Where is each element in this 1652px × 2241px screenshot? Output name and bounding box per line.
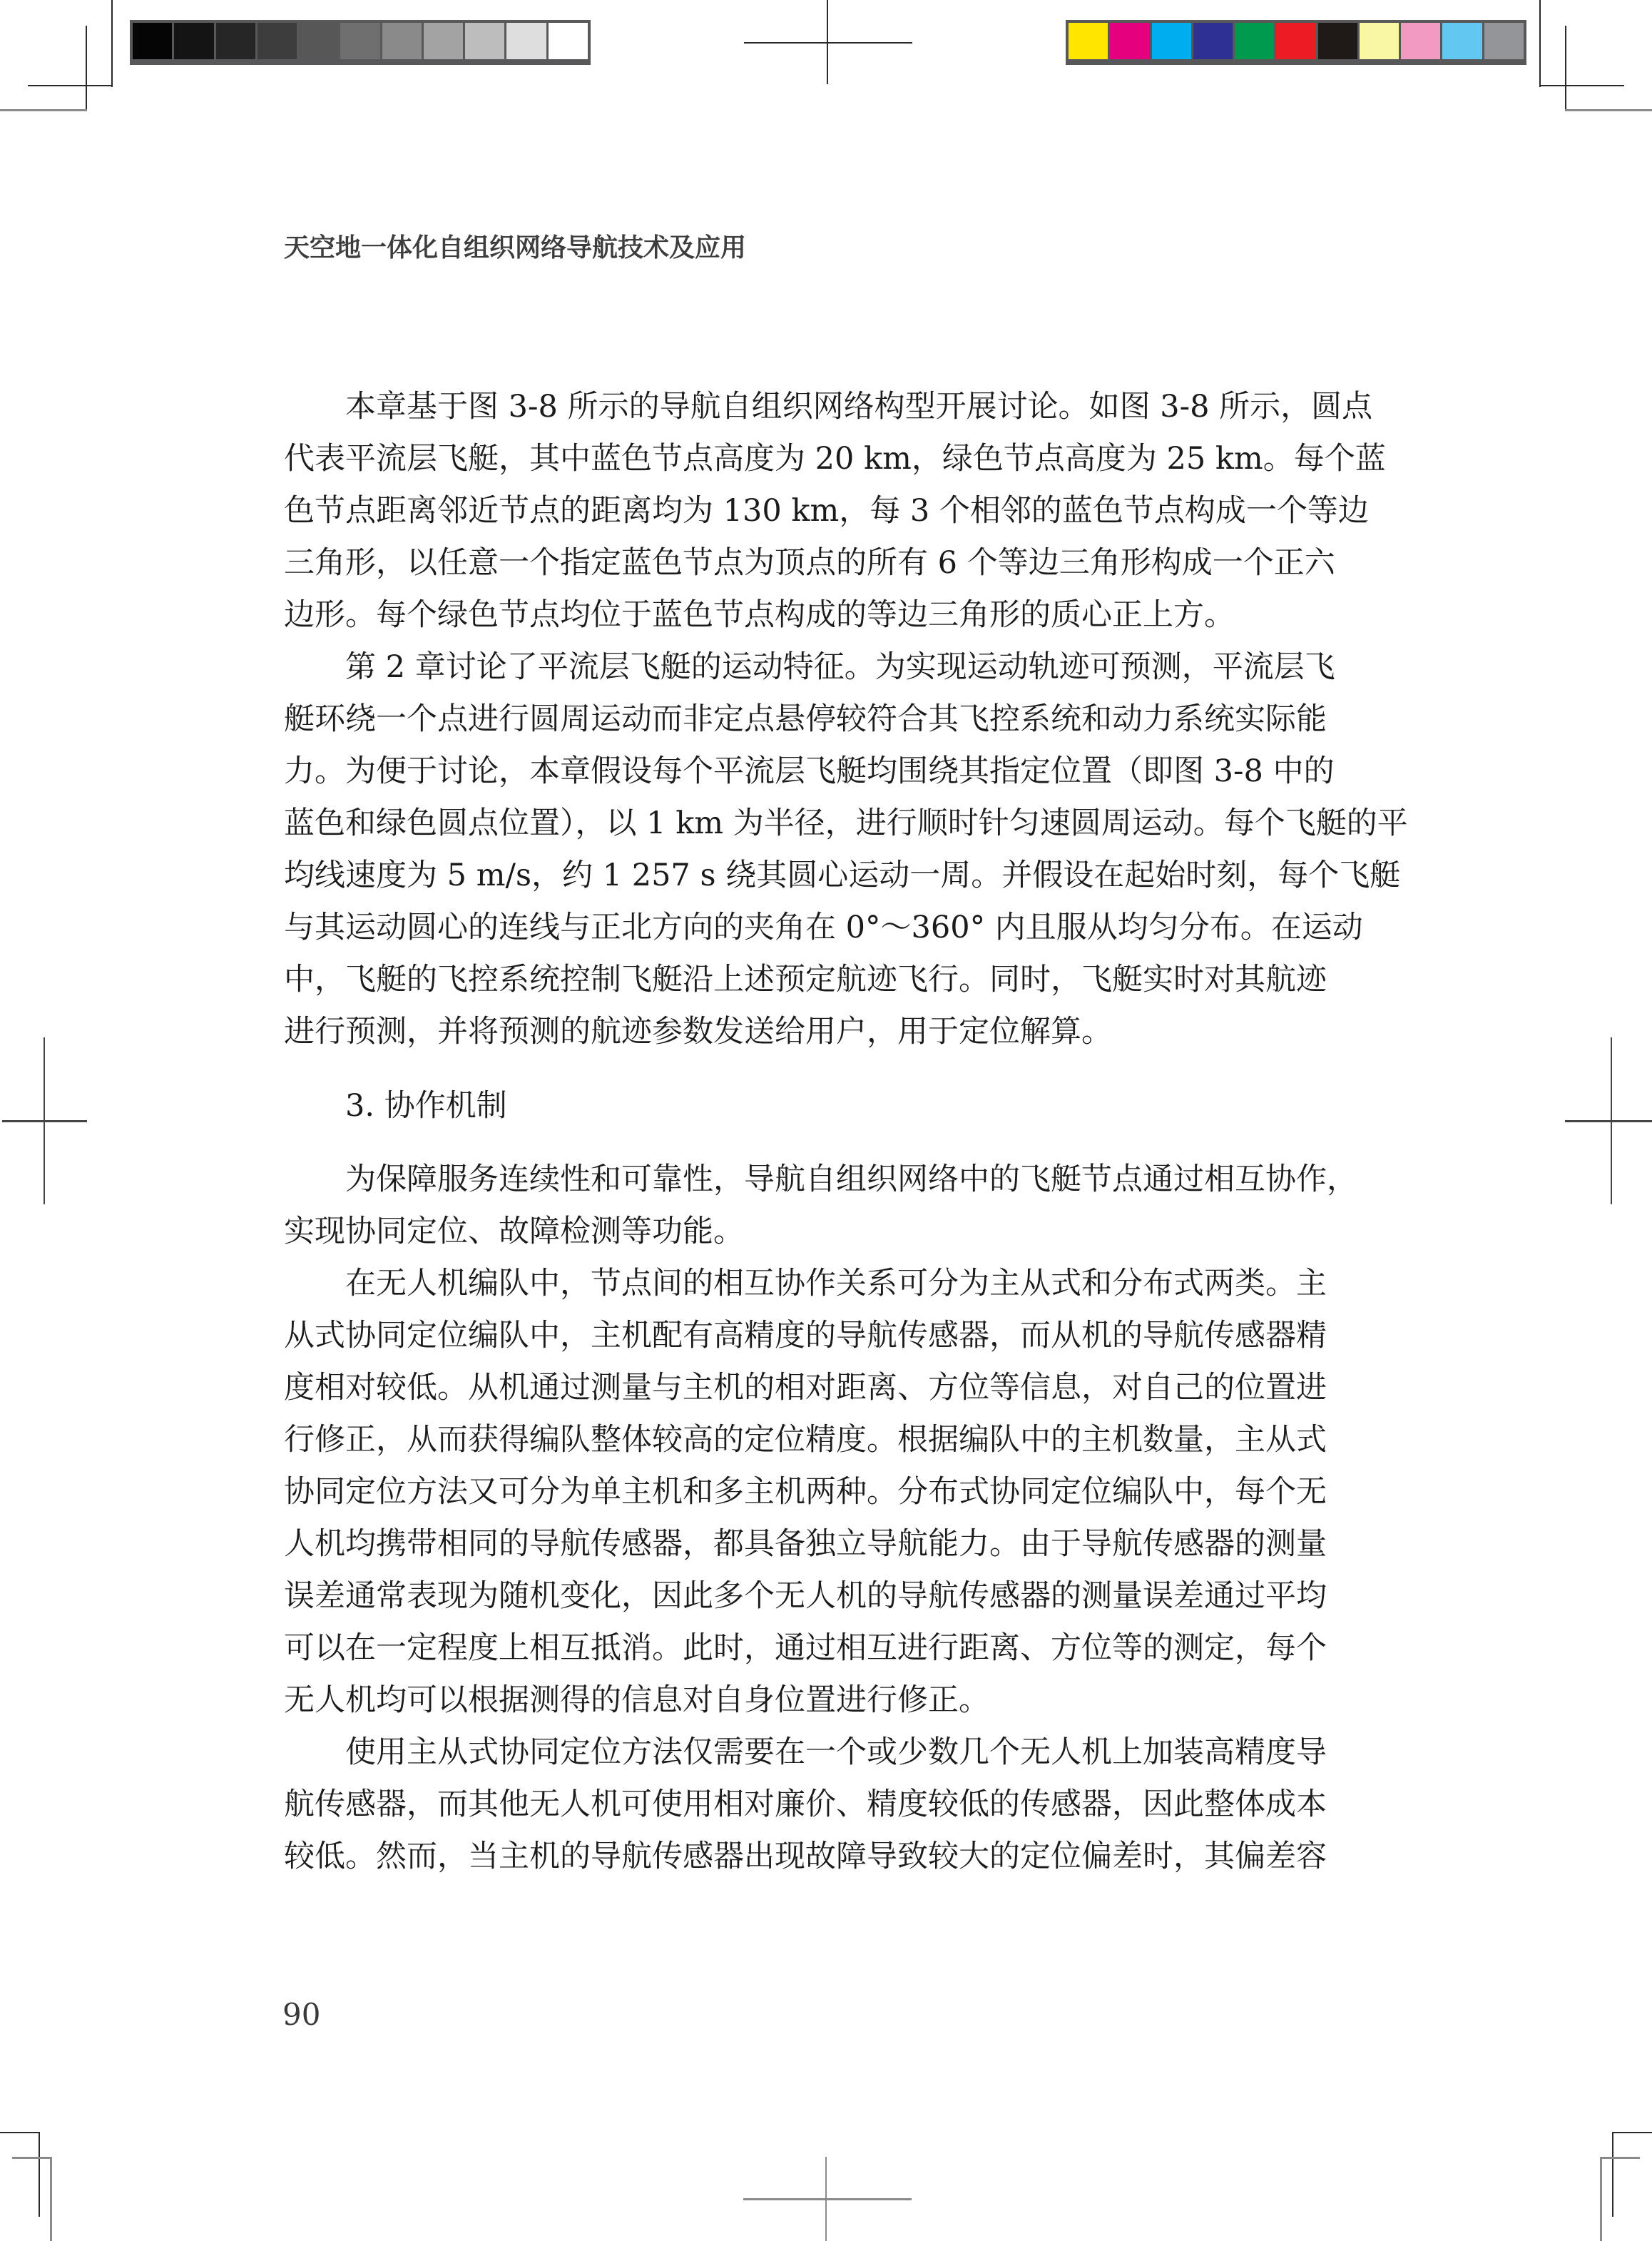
- text-line: 代表平流层飞艇，其中蓝色节点高度为 20 km，绿色节点高度为 25 km。每个…: [284, 433, 1361, 485]
- text-line: 力。为便于讨论，本章假设每个平流层飞艇均围绕其指定位置（即图 3-8 中的: [284, 746, 1361, 798]
- crop-mark-top-left-vertical: [111, 0, 113, 87]
- text-line: 边形。每个绿色节点均位于蓝色节点构成的等边三角形的质心正上方。: [284, 589, 1361, 641]
- text-line: 进行预测，并将预测的航迹参数发送给用户，用于定位解算。: [284, 1006, 1361, 1058]
- color-swatch: [1360, 23, 1399, 59]
- text-line: 使用主从式协同定位方法仅需要在一个或少数几个无人机上加装高精度导: [284, 1727, 1361, 1779]
- grayscale-swatch: [340, 23, 379, 59]
- paragraph: 使用主从式协同定位方法仅需要在一个或少数几个无人机上加装高精度导 航传感器，而其…: [284, 1727, 1361, 1883]
- text-line: 色节点距离邻近节点的距离均为 130 km，每 3 个相邻的蓝色节点构成一个等边: [284, 485, 1361, 537]
- grayscale-swatch: [506, 23, 546, 59]
- text-line: 较低。然而，当主机的导航传感器出现故障导致较大的定位偏差时，其偏差容: [284, 1831, 1361, 1883]
- text-line: 误差通常表现为随机变化，因此多个无人机的导航传感器的测量误差通过平均: [284, 1570, 1361, 1622]
- color-swatch: [1069, 23, 1108, 59]
- text-line: 度相对较低。从机通过测量与主机的相对距离、方位等信息，对自己的位置进: [284, 1362, 1361, 1414]
- crop-mark-top-left-horizontal: [28, 85, 113, 86]
- grayscale-swatch: [465, 23, 504, 59]
- registration-cross-bottom-center-horizontal: [743, 2198, 912, 2200]
- text-line: 均线速度为 5 m/s，约 1 257 s 绕其圆心运动一周。并假设在起始时刻，…: [284, 850, 1361, 902]
- crop-mark-top-right-vertical: [1539, 0, 1541, 87]
- registration-cross-left-middle-horizontal: [2, 1120, 87, 1122]
- text-line: 蓝色和绿色圆点位置），以 1 km 为半径，进行顺时针匀速圆周运动。每个飞艇的平: [284, 798, 1361, 850]
- text-line: 从式协同定位编队中，主机配有高精度的导航传感器，而从机的导航传感器精: [284, 1310, 1361, 1362]
- text-line: 艇环绕一个点进行圆周运动而非定点悬停较符合其飞控系统和动力系统实际能: [284, 693, 1361, 746]
- text-line: 本章基于图 3-8 所示的导航自组织网络构型开展讨论。如图 3-8 所示，圆点: [284, 381, 1361, 433]
- text-line: 在无人机编队中，节点间的相互协作关系可分为主从式和分布式两类。主: [284, 1258, 1361, 1310]
- color-swatch: [1401, 23, 1440, 59]
- grayscale-calibration-bar: [130, 20, 591, 65]
- color-swatch: [1110, 23, 1149, 59]
- grayscale-swatch: [424, 23, 463, 59]
- crop-mark-bottom-left-vertical-gray: [50, 2157, 52, 2241]
- color-swatch: [1318, 23, 1357, 59]
- color-swatch: [1235, 23, 1274, 59]
- color-calibration-bar: [1066, 20, 1526, 65]
- grayscale-swatch: [258, 23, 297, 59]
- text-line: 第 2 章讨论了平流层飞艇的运动特征。为实现运动轨迹可预测，平流层飞: [284, 641, 1361, 693]
- grayscale-swatch: [382, 23, 422, 59]
- crop-mark-bottom-right-vertical: [1612, 2132, 1613, 2217]
- crop-mark-bottom-right-horizontal: [1613, 2132, 1652, 2133]
- text-line: 行修正，从而获得编队整体较高的定位精度。根据编队中的主机数量，主从式: [284, 1414, 1361, 1466]
- grayscale-swatch: [174, 23, 213, 59]
- paragraph: 本章基于图 3-8 所示的导航自组织网络构型开展讨论。如图 3-8 所示，圆点 …: [284, 381, 1361, 641]
- grayscale-swatch: [299, 23, 338, 59]
- body-text: 本章基于图 3-8 所示的导航自组织网络构型开展讨论。如图 3-8 所示，圆点 …: [284, 381, 1361, 1883]
- registration-cross-top-center-horizontal: [744, 42, 912, 44]
- text-line: 中，飞艇的飞控系统控制飞艇沿上述预定航迹飞行。同时，飞艇实时对其航迹: [284, 954, 1361, 1006]
- paragraph: 第 2 章讨论了平流层飞艇的运动特征。为实现运动轨迹可预测，平流层飞 艇环绕一个…: [284, 641, 1361, 1058]
- crop-mark-bottom-left-vertical: [39, 2132, 40, 2217]
- text-line: 为保障服务连续性和可靠性，导航自组织网络中的飞艇节点通过相互协作，: [284, 1154, 1361, 1206]
- crop-mark-bottom-right-vertical-gray: [1600, 2157, 1602, 2241]
- running-header: 天空地一体化自组织网络导航技术及应用: [284, 233, 746, 264]
- paragraph: 在无人机编队中，节点间的相互协作关系可分为主从式和分布式两类。主 从式协同定位编…: [284, 1258, 1361, 1727]
- paragraph: 为保障服务连续性和可靠性，导航自组织网络中的飞艇节点通过相互协作， 实现协同定位…: [284, 1154, 1361, 1258]
- color-swatch: [1484, 23, 1524, 59]
- text-line: 与其运动圆心的连线与正北方向的夹角在 0°～360° 内且服从均匀分布。在运动: [284, 902, 1361, 954]
- registration-cross-right-middle-horizontal: [1565, 1120, 1652, 1122]
- crop-mark-top-right-horizontal: [1539, 85, 1624, 86]
- grayscale-swatch: [133, 23, 172, 59]
- text-line: 人机均携带相同的导航传感器，都具备独立导航能力。由于导航传感器的测量: [284, 1518, 1361, 1570]
- crop-mark-bottom-left-horizontal: [0, 2132, 39, 2133]
- section-heading: 3. 协作机制: [284, 1080, 1361, 1132]
- text-line: 无人机均可以根据测得的信息对自身位置进行修正。: [284, 1675, 1361, 1727]
- color-swatch: [1442, 23, 1482, 59]
- crop-mark-bottom-left-horizontal-gray: [12, 2157, 51, 2159]
- text-line: 可以在一定程度上相互抵消。此时，通过相互进行距离、方位等的测定，每个: [284, 1622, 1361, 1675]
- crop-mark-top-left-vertical-inner: [86, 26, 87, 111]
- crop-mark-top-left-horizontal-gray: [0, 109, 87, 111]
- crop-mark-top-right-horizontal-gray: [1565, 109, 1652, 111]
- crop-mark-bottom-right-horizontal-gray: [1601, 2157, 1640, 2159]
- crop-mark-top-right-vertical-inner: [1565, 26, 1566, 111]
- color-swatch: [1276, 23, 1315, 59]
- color-swatch: [1193, 23, 1233, 59]
- grayscale-swatch: [549, 23, 588, 59]
- text-line: 三角形，以任意一个指定蓝色节点为顶点的所有 6 个等边三角形构成一个正六: [284, 537, 1361, 589]
- text-line: 航传感器，而其他无人机可使用相对廉价、精度较低的传感器，因此整体成本: [284, 1779, 1361, 1831]
- text-line: 实现协同定位、故障检测等功能。: [284, 1206, 1361, 1258]
- page-number: 90: [282, 1998, 320, 2032]
- text-line: 协同定位方法又可分为单主机和多主机两种。分布式协同定位编队中，每个无: [284, 1466, 1361, 1518]
- grayscale-swatch: [216, 23, 255, 59]
- color-swatch: [1152, 23, 1191, 59]
